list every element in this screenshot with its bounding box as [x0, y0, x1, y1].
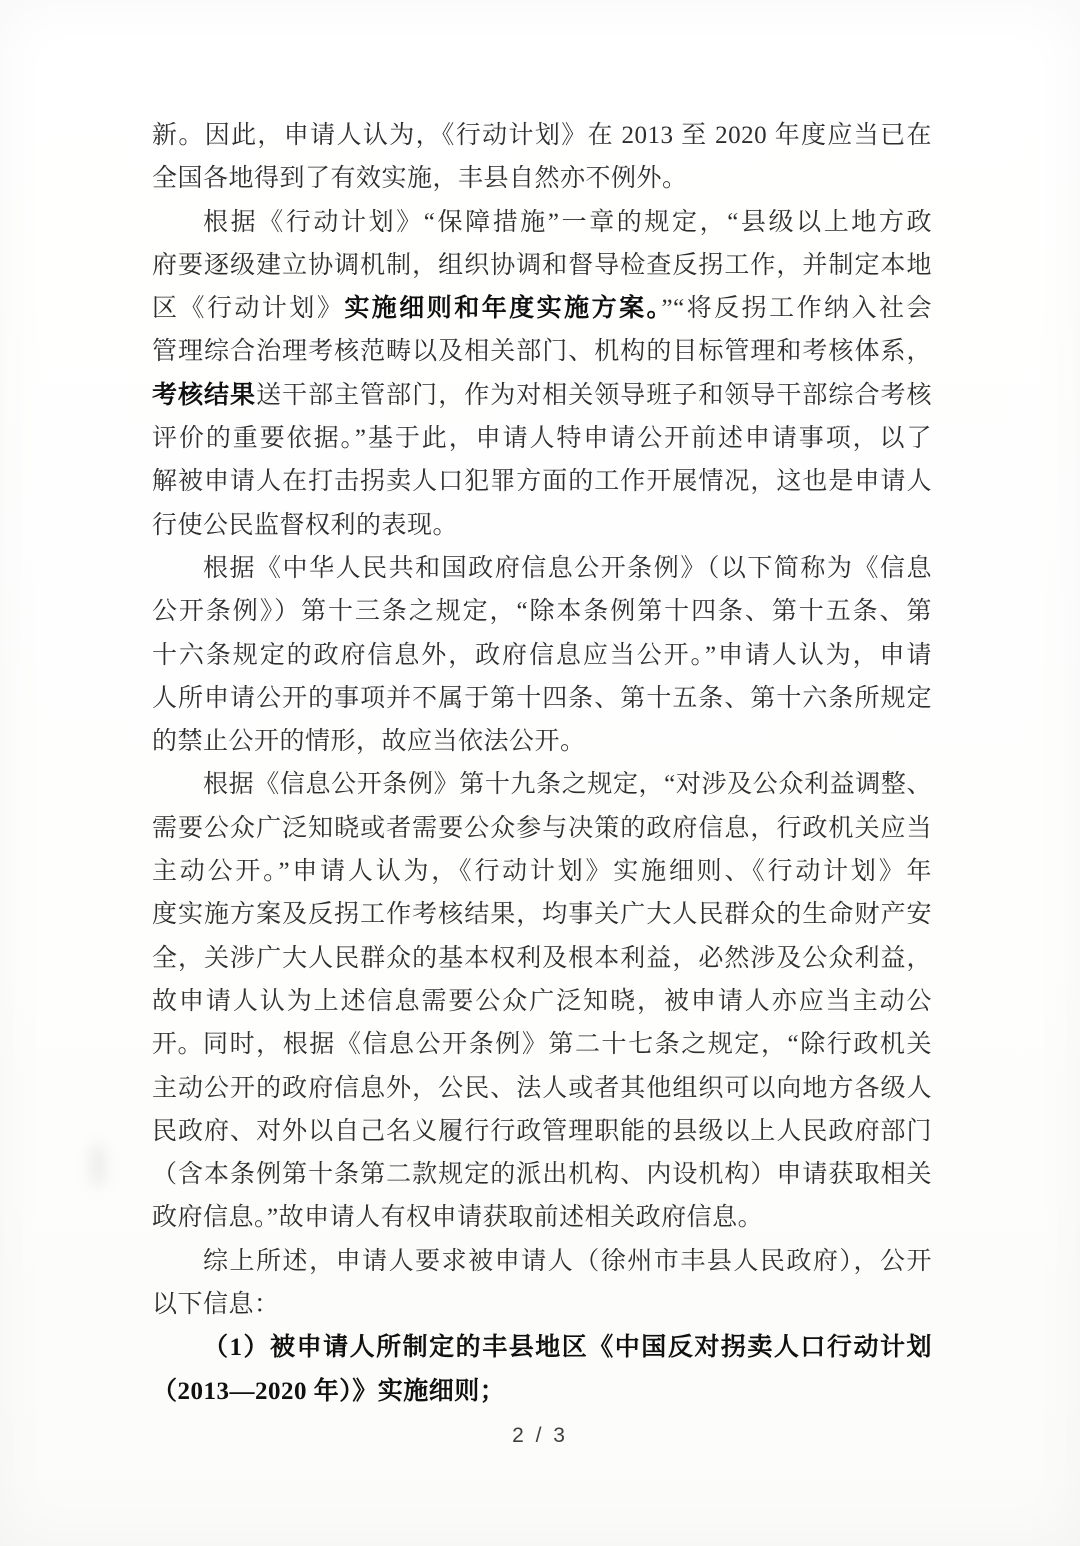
text-line: （1）被申请人所制定的丰县地区《中国反对拐卖人口行动计划: [152, 1326, 932, 1369]
page-number: 2 / 3: [0, 1424, 1080, 1448]
text-line: （2013—2020 年）》实施细则；: [152, 1370, 932, 1413]
text-segment: 区《行动计划》: [152, 295, 344, 322]
text-segment: 需要公众广泛知晓或者需要公众参与决策的政府信息，行政机关应当: [152, 815, 932, 842]
text-segment: ”“将反拐工作纳入社会: [662, 295, 932, 322]
text-segment: 全国各地得到了有效实施，丰县自然亦不例外。: [152, 165, 688, 192]
text-segment: 府要逐级建立协调机制，组织协调和督导检查反拐工作，并制定本地: [152, 252, 932, 279]
text-line: 管理综合治理考核范畴以及相关部门、机构的目标管理和考核体系，: [152, 330, 932, 373]
text-line: 以下信息：: [152, 1283, 932, 1326]
text-segment: 管理综合治理考核范畴以及相关部门、机构的目标管理和考核体系，: [152, 338, 932, 365]
text-segment: （含本条例第十条第二款规定的派出机构、内设机构）申请获取相关: [152, 1161, 932, 1188]
text-line: 全，关涉广大人民群众的基本权利及根本利益，必然涉及公众利益，: [152, 937, 932, 980]
text-segment: 以下信息：: [152, 1291, 280, 1318]
text-segment: 主动公开的政府信息外，公民、法人或者其他组织可以向地方各级人: [152, 1075, 932, 1102]
text-segment: 公开条例》）第十三条之规定，“除本条例第十四条、第十五条、第: [152, 598, 932, 625]
emphasized-text: （1）被申请人所制定的丰县地区《中国反对拐卖人口行动计划: [203, 1334, 932, 1361]
text-line: 行使公民监督权利的表现。: [152, 504, 932, 547]
text-line: 全国各地得到了有效实施，丰县自然亦不例外。: [152, 157, 932, 200]
document-page: 新。因此，申请人认为，《行动计划》在 2013 至 2020 年度应当已在全国各…: [0, 0, 1080, 1546]
text-segment: 综上所述，申请人要求被申请人（徐州市丰县人民政府），公开: [203, 1248, 932, 1275]
text-segment: 根据《中华人民共和国政府信息公开条例》（以下简称为《信息: [203, 555, 932, 582]
text-segment: 民政府、对外以自己名义履行行政管理职能的县级以上人民政府部门: [152, 1118, 932, 1145]
text-line: （含本条例第十条第二款规定的派出机构、内设机构）申请获取相关: [152, 1153, 932, 1196]
text-line: 新。因此，申请人认为，《行动计划》在 2013 至 2020 年度应当已在: [152, 114, 932, 157]
text-segment: 评价的重要依据。”基于此，申请人特申请公开前述申请事项，以了: [152, 425, 932, 452]
text-line: 人所申请公开的事项并不属于第十四条、第十五条、第十六条所规定: [152, 677, 932, 720]
text-segment: 同时，根据《信息公开条例》第二十七条之规定，“除行政机关: [203, 1031, 932, 1058]
text-line: 综上所述，申请人要求被申请人（徐州市丰县人民政府），公开: [152, 1240, 932, 1283]
text-line: 需要公众广泛知晓或者需要公众参与决策的政府信息，行政机关应当: [152, 807, 932, 850]
screenshot-stage: 新。因此，申请人认为，《行动计划》在 2013 至 2020 年度应当已在全国各…: [0, 0, 1080, 1546]
text-segment: 根据《行动计划》“保障措施”一章的规定，“县级以上地方政: [203, 209, 932, 236]
text-line: 民政府、对外以自己名义履行行政管理职能的县级以上人民政府部门: [152, 1110, 932, 1153]
text-segment: 根据《信息公开条例》第十九条之规定，“对涉及公众利益调整、: [203, 771, 932, 798]
text-line: 故申请人认为上述信息需要公众广泛知晓，被申请人亦应当主动公开。: [152, 980, 932, 1023]
text-segment: 行使公民监督权利的表现。: [152, 512, 458, 539]
scan-smudge-artifact: [90, 1142, 106, 1188]
text-line: 度实施方案及反拐工作考核结果，均事关广大人民群众的生命财产安: [152, 893, 932, 936]
text-segment: 送干部主管部门，作为对相关领导班子和领导干部综合考核: [256, 382, 932, 409]
text-line: 解被申请人在打击拐卖人口犯罪方面的工作开展情况，这也是申请人: [152, 460, 932, 503]
text-line: 公开条例》）第十三条之规定，“除本条例第十四条、第十五条、第: [152, 590, 932, 633]
text-line: 评价的重要依据。”基于此，申请人特申请公开前述申请事项，以了: [152, 417, 932, 460]
text-line: 政府信息。”故申请人有权申请获取前述相关政府信息。: [152, 1196, 932, 1239]
emphasized-text: 实施细则和年度实施方案。: [344, 295, 661, 322]
text-line: 考核结果送干部主管部门，作为对相关领导班子和领导干部综合考核: [152, 374, 932, 417]
text-line: 根据《信息公开条例》第十九条之规定，“对涉及公众利益调整、: [152, 763, 932, 806]
text-line: 同时，根据《信息公开条例》第二十七条之规定，“除行政机关: [152, 1023, 932, 1066]
text-segment: 十六条规定的政府信息外，政府信息应当公开。”申请人认为，申请: [152, 642, 932, 669]
text-segment: 解被申请人在打击拐卖人口犯罪方面的工作开展情况，这也是申请人: [152, 468, 932, 495]
document-body: 新。因此，申请人认为，《行动计划》在 2013 至 2020 年度应当已在全国各…: [152, 114, 932, 1413]
text-line: 主动公开。”申请人认为，《行动计划》实施细则、《行动计划》年: [152, 850, 932, 893]
text-segment: 新。因此，申请人认为，《行动计划》在 2013 至 2020 年度应当已在: [152, 122, 932, 149]
emphasized-text: 考核结果: [152, 382, 256, 409]
text-line: 主动公开的政府信息外，公民、法人或者其他组织可以向地方各级人: [152, 1067, 932, 1110]
text-segment: 度实施方案及反拐工作考核结果，均事关广大人民群众的生命财产安: [152, 901, 932, 928]
text-line: 的禁止公开的情形，故应当依法公开。: [152, 720, 932, 763]
text-segment: 全，关涉广大人民群众的基本权利及根本利益，必然涉及公众利益，: [152, 945, 932, 972]
emphasized-text: （2013—2020 年）》实施细则；: [152, 1378, 505, 1405]
text-segment: 主动公开。”申请人认为，《行动计划》实施细则、《行动计划》年: [152, 858, 932, 885]
text-line: 根据《中华人民共和国政府信息公开条例》（以下简称为《信息: [152, 547, 932, 590]
text-segment: 人所申请公开的事项并不属于第十四条、第十五条、第十六条所规定: [152, 685, 932, 712]
text-line: 府要逐级建立协调机制，组织协调和督导检查反拐工作，并制定本地: [152, 244, 932, 287]
text-line: 根据《行动计划》“保障措施”一章的规定，“县级以上地方政: [152, 201, 932, 244]
text-line: 十六条规定的政府信息外，政府信息应当公开。”申请人认为，申请: [152, 634, 932, 677]
text-segment: 的禁止公开的情形，故应当依法公开。: [152, 728, 586, 755]
text-segment: 政府信息。”故申请人有权申请获取前述相关政府信息。: [152, 1204, 763, 1231]
text-line: 区《行动计划》实施细则和年度实施方案。”“将反拐工作纳入社会: [152, 287, 932, 330]
